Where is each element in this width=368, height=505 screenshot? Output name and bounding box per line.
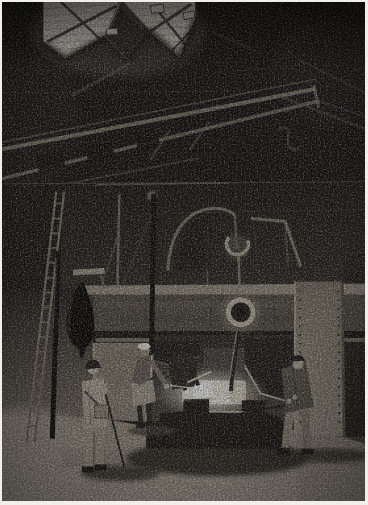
foundry-engraving: Dark engraving of a foundry interior: be… (0, 0, 368, 505)
engraving-svg: Dark engraving of a foundry interior: be… (2, 2, 365, 501)
print-grain (2, 2, 365, 501)
screenshot-canvas: Dark engraving of a foundry interior: be… (0, 0, 368, 505)
